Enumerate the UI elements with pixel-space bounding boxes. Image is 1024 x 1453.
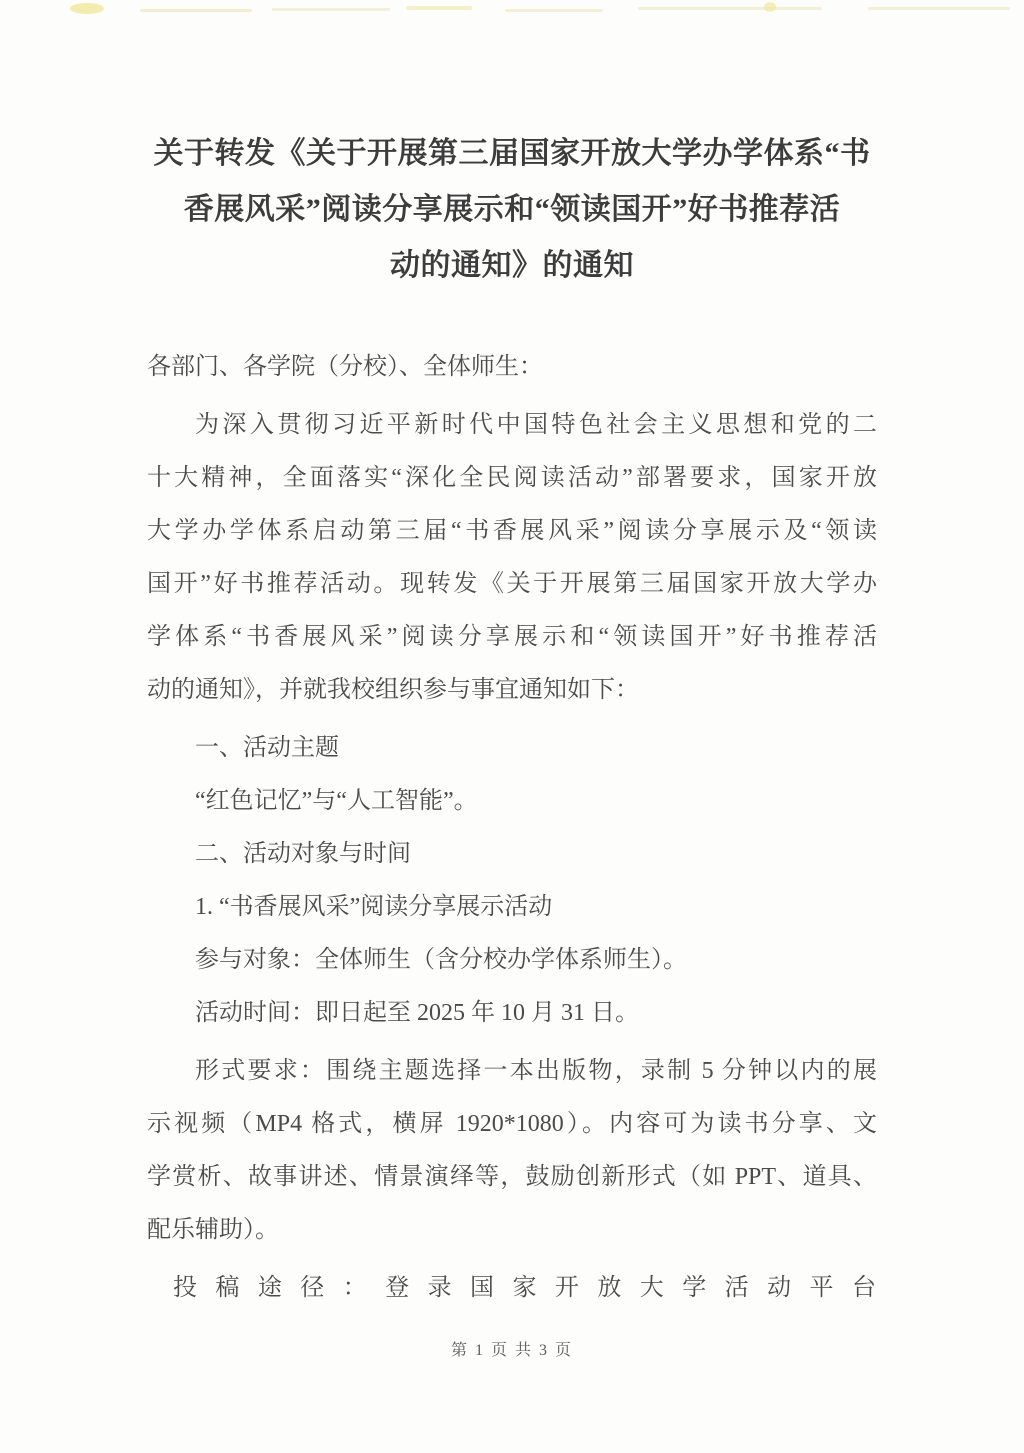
paragraph-line: 动的通知》，并就我校组织参与事宜通知如下：	[147, 664, 877, 717]
requirements-line: 形式要求：围绕主题选择一本出版物，录制 5 分钟以内的展	[147, 1045, 877, 1098]
requirements-line: 学赏析、故事讲述、情景演绎等，鼓励创新形式（如 PPT、道具、	[147, 1151, 877, 1204]
page-footer: 第 1 页 共 3 页	[0, 1338, 1024, 1364]
paragraph-line: 大学办学体系启动第三届“书香展风采”阅读分享展示及“领读	[147, 505, 877, 558]
theme-line: “红色记忆”与“人工智能”。	[147, 775, 877, 828]
paragraph-line: 国开”好书推荐活动。现转发《关于开展第三届国家开放大学办	[147, 558, 877, 611]
scan-artifact	[140, 9, 252, 12]
schedule-line: 活动时间：即日起至 2025 年 10 月 31 日。	[147, 987, 877, 1040]
section-2-heading: 二、活动对象与时间	[147, 828, 877, 881]
document-title: 关于转发《关于开展第三届国家开放大学办学体系“书 香展风采”阅读分享展示和“领读…	[72, 126, 952, 294]
paragraph-line: 为深入贯彻习近平新时代中国特色社会主义思想和党的二	[147, 399, 877, 452]
item-1-line: 1. “书香展风采”阅读分享展示活动	[147, 881, 877, 934]
paragraph-line: 学体系“书香展风采”阅读分享展示和“领读国开”好书推荐活	[147, 611, 877, 664]
submission-line: 投稿途径：登录国家开放大学活动平台	[147, 1262, 877, 1315]
section-1-heading: 一、活动主题	[147, 722, 877, 775]
greeting-line: 各部门、各学院（分校）、全体师生：	[147, 341, 877, 394]
scan-artifact	[406, 6, 472, 10]
title-line: 动的通知》的通知	[72, 238, 952, 294]
scan-artifact	[70, 3, 104, 14]
title-line: 香展风采”阅读分享展示和“领读国开”好书推荐活	[72, 182, 952, 238]
document-page: 关于转发《关于开展第三届国家开放大学办学体系“书 香展风采”阅读分享展示和“领读…	[0, 0, 1024, 1453]
document-body: 各部门、各学院（分校）、全体师生： 为深入贯彻习近平新时代中国特色社会主义思想和…	[147, 341, 877, 1315]
participants-line: 参与对象：全体师生（含分校办学体系师生）。	[147, 934, 877, 987]
paragraph-line: 十大精神，全面落实“深化全民阅读活动”部署要求，国家开放	[147, 452, 877, 505]
title-line: 关于转发《关于开展第三届国家开放大学办学体系“书	[72, 126, 952, 182]
requirements-line: 示视频（MP4 格式，横屏 1920*1080）。内容可为读书分享、文	[147, 1098, 877, 1151]
scan-artifact	[764, 2, 776, 12]
scan-artifact	[272, 8, 390, 11]
scan-artifact	[868, 7, 1010, 10]
scan-artifact	[505, 9, 603, 12]
scan-artifact	[638, 7, 822, 10]
requirements-line: 配乐辅助）。	[147, 1204, 877, 1257]
